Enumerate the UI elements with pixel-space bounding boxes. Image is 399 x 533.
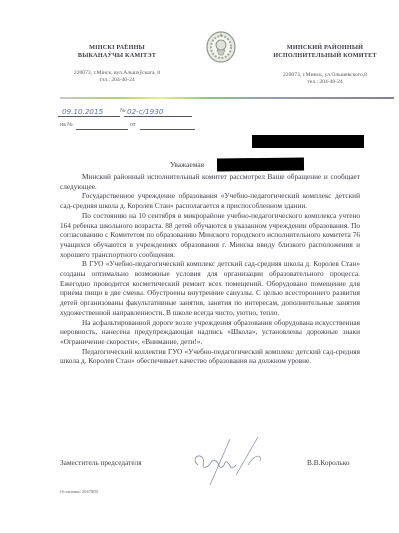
address-belarusian: 220073, г.Мінск, вул.Альшэўскага, 8 тэл.… bbox=[52, 70, 182, 85]
reply-to-label: на № bbox=[60, 122, 73, 128]
letterhead-divider bbox=[60, 97, 394, 99]
body-paragraph: Государственное учреждение образования «… bbox=[60, 191, 360, 210]
state-emblem-icon bbox=[205, 30, 237, 64]
date-underline bbox=[58, 116, 120, 117]
address-russian: 220073, г.Минск, ул.Ольшевского,8 тел.: … bbox=[255, 72, 395, 87]
outgoing-number: 02-с/1930 bbox=[127, 107, 163, 116]
salutation: Уважаемая bbox=[170, 160, 204, 169]
signatory-title: Заместитель председателя bbox=[60, 458, 142, 467]
executor-note: Остапенко 2047800 bbox=[60, 489, 98, 494]
org-name-line-1: МІНСКІ РАЁННЫ bbox=[62, 44, 172, 52]
redacted-recipient-address bbox=[252, 135, 364, 148]
address-line: 220073, г.Минск, ул.Ольшевского,8 bbox=[255, 72, 395, 79]
number-symbol: № bbox=[120, 108, 126, 114]
letter-body: Минский районный исполнительный комитет … bbox=[60, 172, 360, 366]
org-name-line-2: ВЫКАНАЎЧЫ КАМІТЭТ bbox=[62, 52, 172, 60]
body-paragraph: В ГУО «Учебно-педагогический комплекс де… bbox=[60, 259, 360, 317]
reply-to-line bbox=[76, 129, 128, 130]
address-line: 220073, г.Мінск, вул.Альшэўскага, 8 bbox=[52, 70, 182, 77]
body-paragraph: На асфальтированной дороге возле учрежде… bbox=[60, 318, 360, 347]
from-line bbox=[140, 129, 195, 130]
redacted-recipient-name bbox=[217, 158, 304, 172]
phone-line: тел.: 204-40-24 bbox=[255, 79, 395, 86]
body-paragraph: Минский районный исполнительный комитет … bbox=[60, 172, 360, 191]
phone-line: тэл.: 204-40-24 bbox=[52, 77, 182, 84]
org-name-line-2: ИСПОЛНИТЕЛЬНЫЙ КОМИТЕТ bbox=[255, 52, 395, 60]
body-paragraph: Педагогический коллектив ГУО «Учебно-пед… bbox=[60, 347, 360, 366]
handwritten-signature-icon bbox=[190, 435, 290, 490]
signatory-name: В.В.Королько bbox=[307, 458, 350, 467]
org-name-line-1: МИНСКИЙ РАЙОННЫЙ bbox=[255, 44, 395, 52]
outgoing-date: 09.10.2015 bbox=[62, 107, 103, 116]
body-paragraph: По состоянию на 10 сентября в микрорайон… bbox=[60, 211, 360, 260]
from-label: от bbox=[130, 122, 135, 128]
org-name-belarusian: МІНСКІ РАЁННЫ ВЫКАНАЎЧЫ КАМІТЭТ bbox=[62, 44, 172, 59]
number-underline bbox=[124, 116, 192, 117]
org-name-russian: МИНСКИЙ РАЙОННЫЙ ИСПОЛНИТЕЛЬНЫЙ КОМИТЕТ bbox=[255, 44, 395, 59]
